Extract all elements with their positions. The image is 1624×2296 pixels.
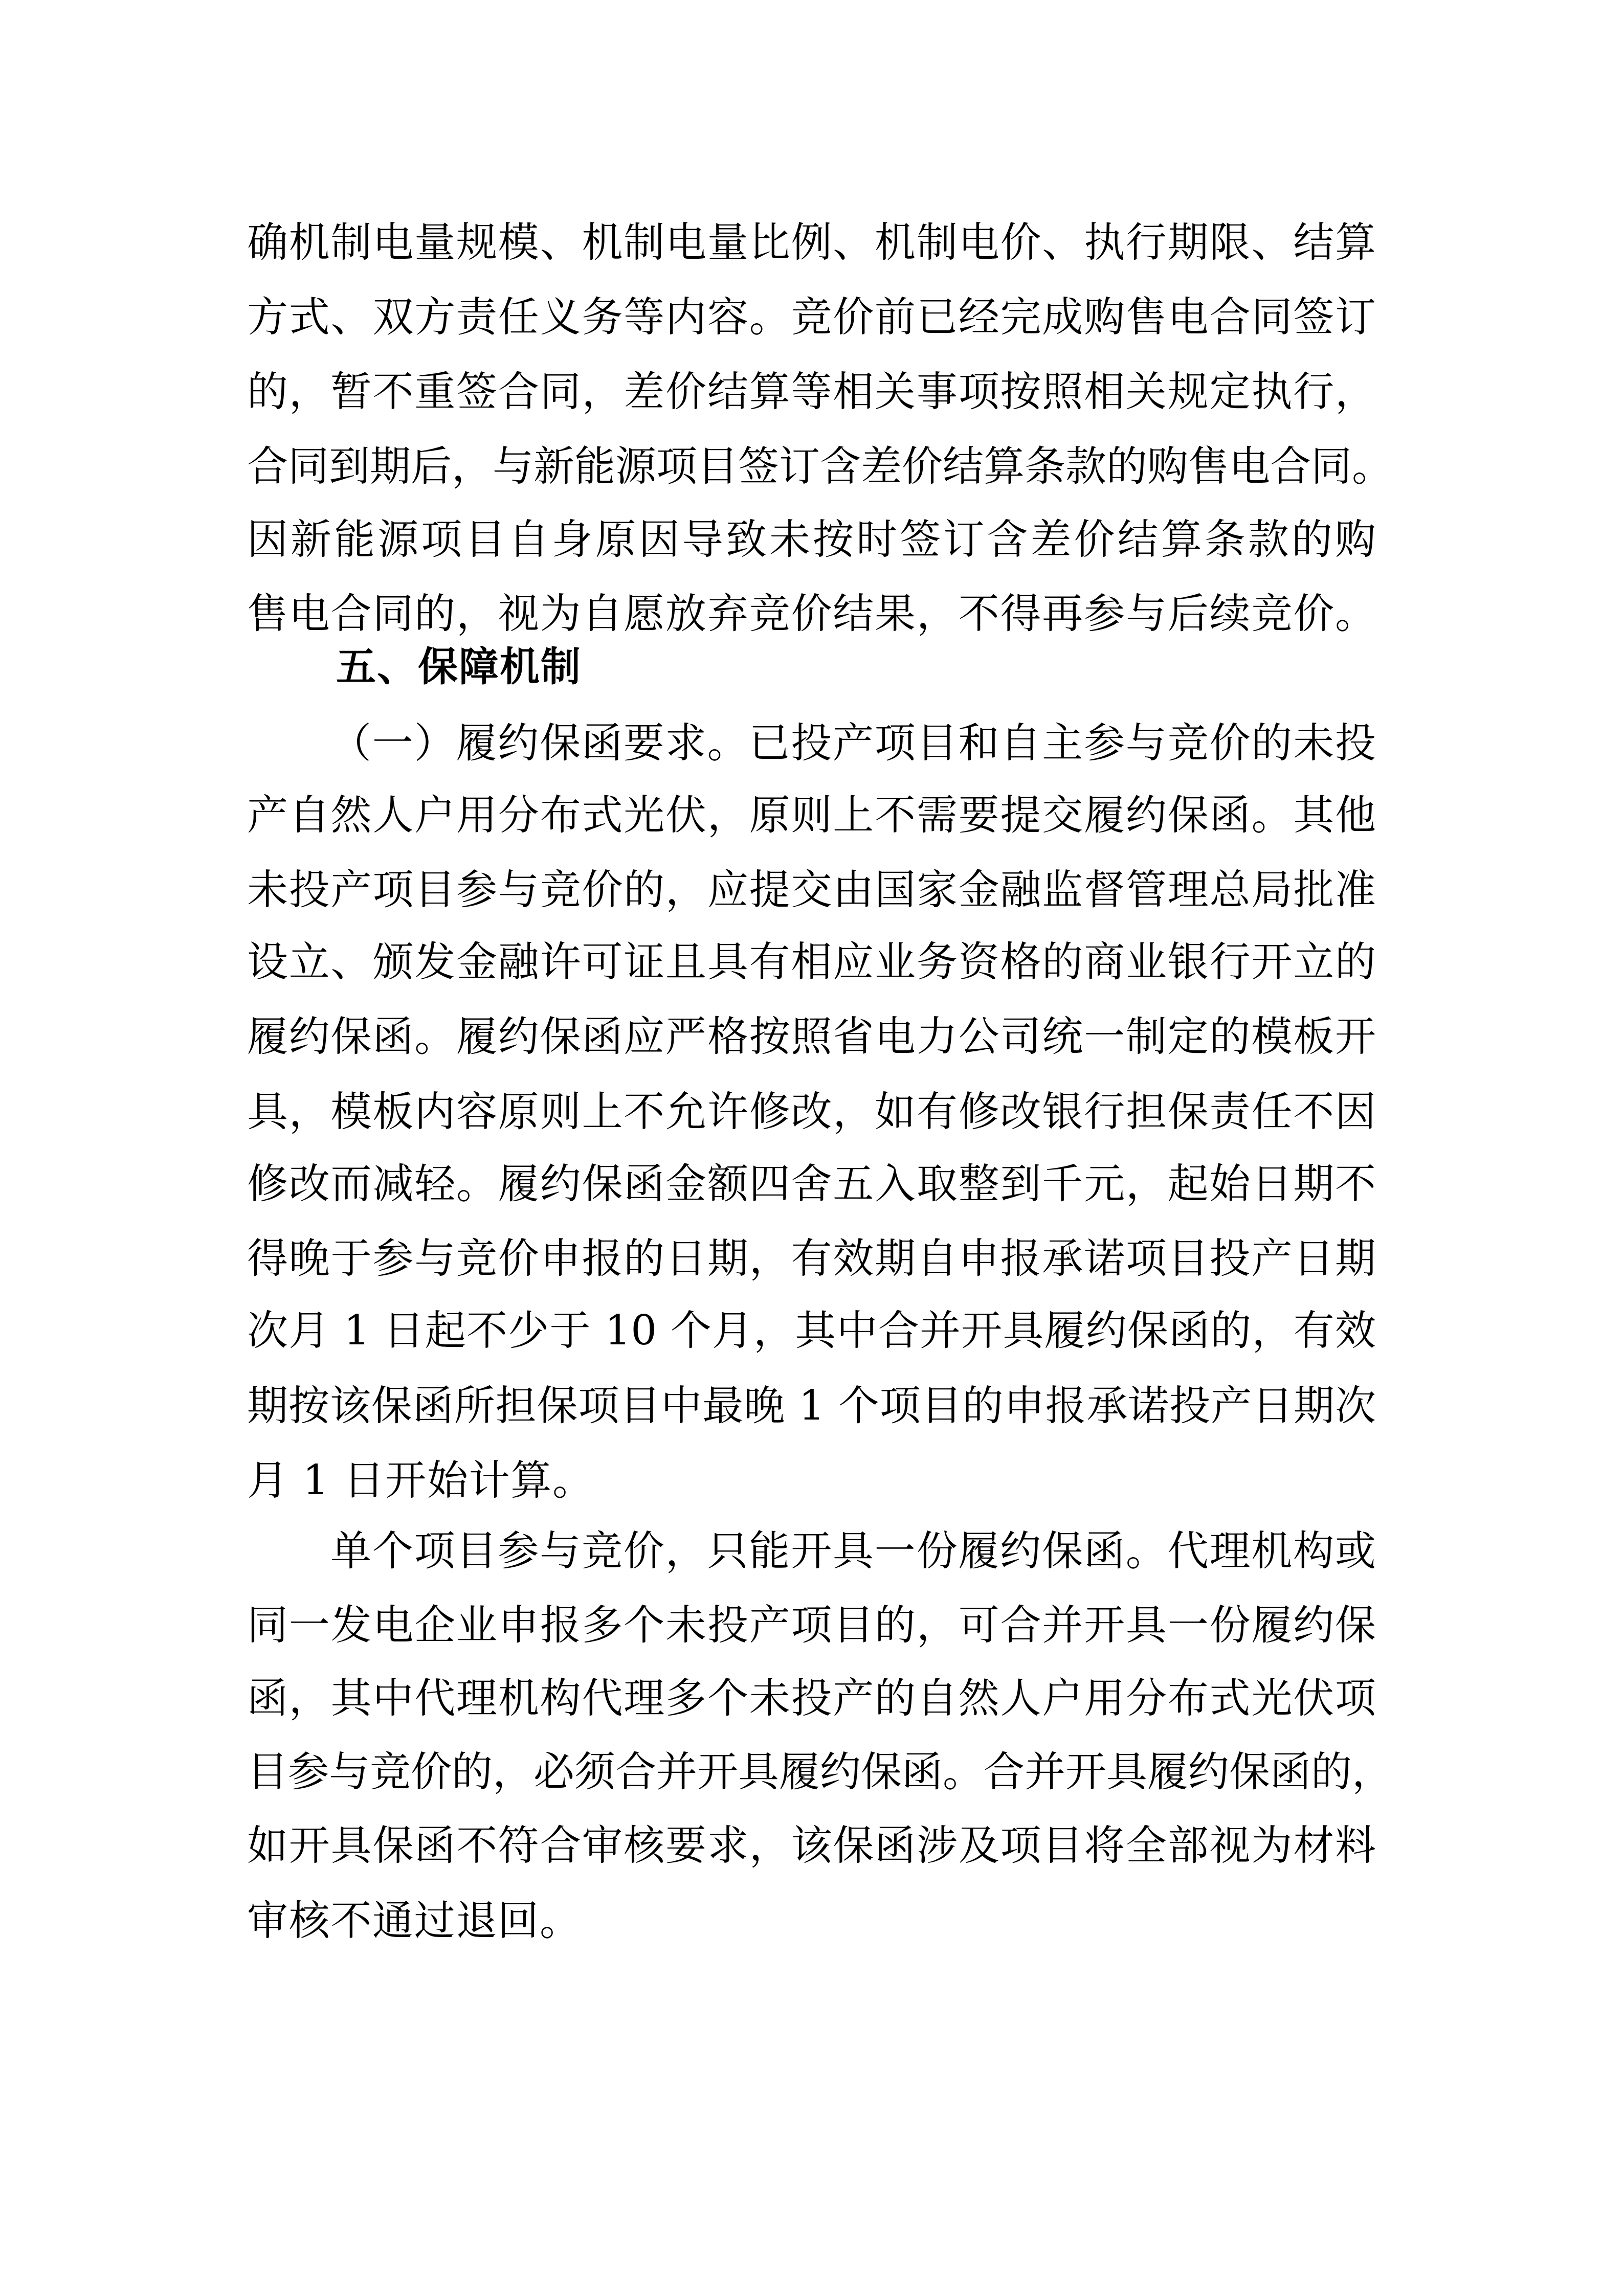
body-text-line: 未投产项目参与竞价的，应提交由国家金融监督管理总局批准 — [247, 852, 1376, 927]
body-text-line: 履约保函。履约保函应严格按照省电力公司统一制定的模板开 — [247, 999, 1376, 1074]
body-text-line: 的，暂不重签合同，差价结算等相关事项按照相关规定执行， — [247, 354, 1376, 429]
body-text-line: 具，模板内容原则上不允许修改，如有修改银行担保责任不因 — [247, 1074, 1376, 1149]
section-heading: 五、保障机制 — [336, 630, 582, 705]
body-text-line: 因新能源项目自身原因导致未按时签订含差价结算条款的购 — [247, 502, 1376, 577]
body-text-line: 确机制电量规模、机制电量比例、机制电价、执行期限、结算 — [247, 205, 1376, 280]
body-text-line: 如开具保函不符合审核要求，该保函涉及项目将全部视为材料 — [247, 1808, 1376, 1883]
body-text-line: 产自然人户用分布式光伏，原则上不需要提交履约保函。其他 — [247, 778, 1376, 852]
body-text-line: 月 1 日开始计算。 — [247, 1443, 1376, 1518]
body-text-line: 函，其中代理机构代理多个未投产的自然人户用分布式光伏项 — [247, 1661, 1376, 1736]
body-text-line: 单个项目参与竞价，只能开具一份履约保函。代理机构或 — [330, 1514, 1376, 1588]
body-text-line: 次月 1 日起不少于 10 个月，其中合并开具履约保函的，有效 — [247, 1293, 1376, 1368]
body-text-line: 同一发电企业申报多个未投产项目的，可合并开具一份履约保 — [247, 1588, 1376, 1662]
body-text-line: （一）履约保函要求。已投产项目和自主参与竞价的未投 — [330, 706, 1376, 780]
body-text-line: 修改而减轻。履约保函金额四舍五入取整到千元，起始日期不 — [247, 1146, 1376, 1221]
body-text-line: 期按该保函所担保项目中最晚 1 个项目的申报承诺投产日期次 — [247, 1368, 1376, 1443]
body-text-line: 得晚于参与竞价申报的日期，有效期自申报承诺项目投产日期 — [247, 1221, 1376, 1296]
body-text-line: 合同到期后，与新能源项目签订含差价结算条款的购售电合同。 — [247, 429, 1376, 504]
body-text-line: 设立、颁发金融许可证且具有相应业务资格的商业银行开立的 — [247, 925, 1376, 999]
body-text-line: 目参与竞价的，必须合并开具履约保函。合并开具履约保函的， — [247, 1735, 1376, 1809]
body-text-line: 审核不通过退回。 — [247, 1883, 1376, 1958]
body-text-line: 方式、双方责任义务等内容。竞价前已经完成购售电合同签订 — [247, 280, 1376, 354]
document-page: 确机制电量规模、机制电量比例、机制电价、执行期限、结算 方式、双方责任义务等内容… — [0, 0, 1624, 2296]
